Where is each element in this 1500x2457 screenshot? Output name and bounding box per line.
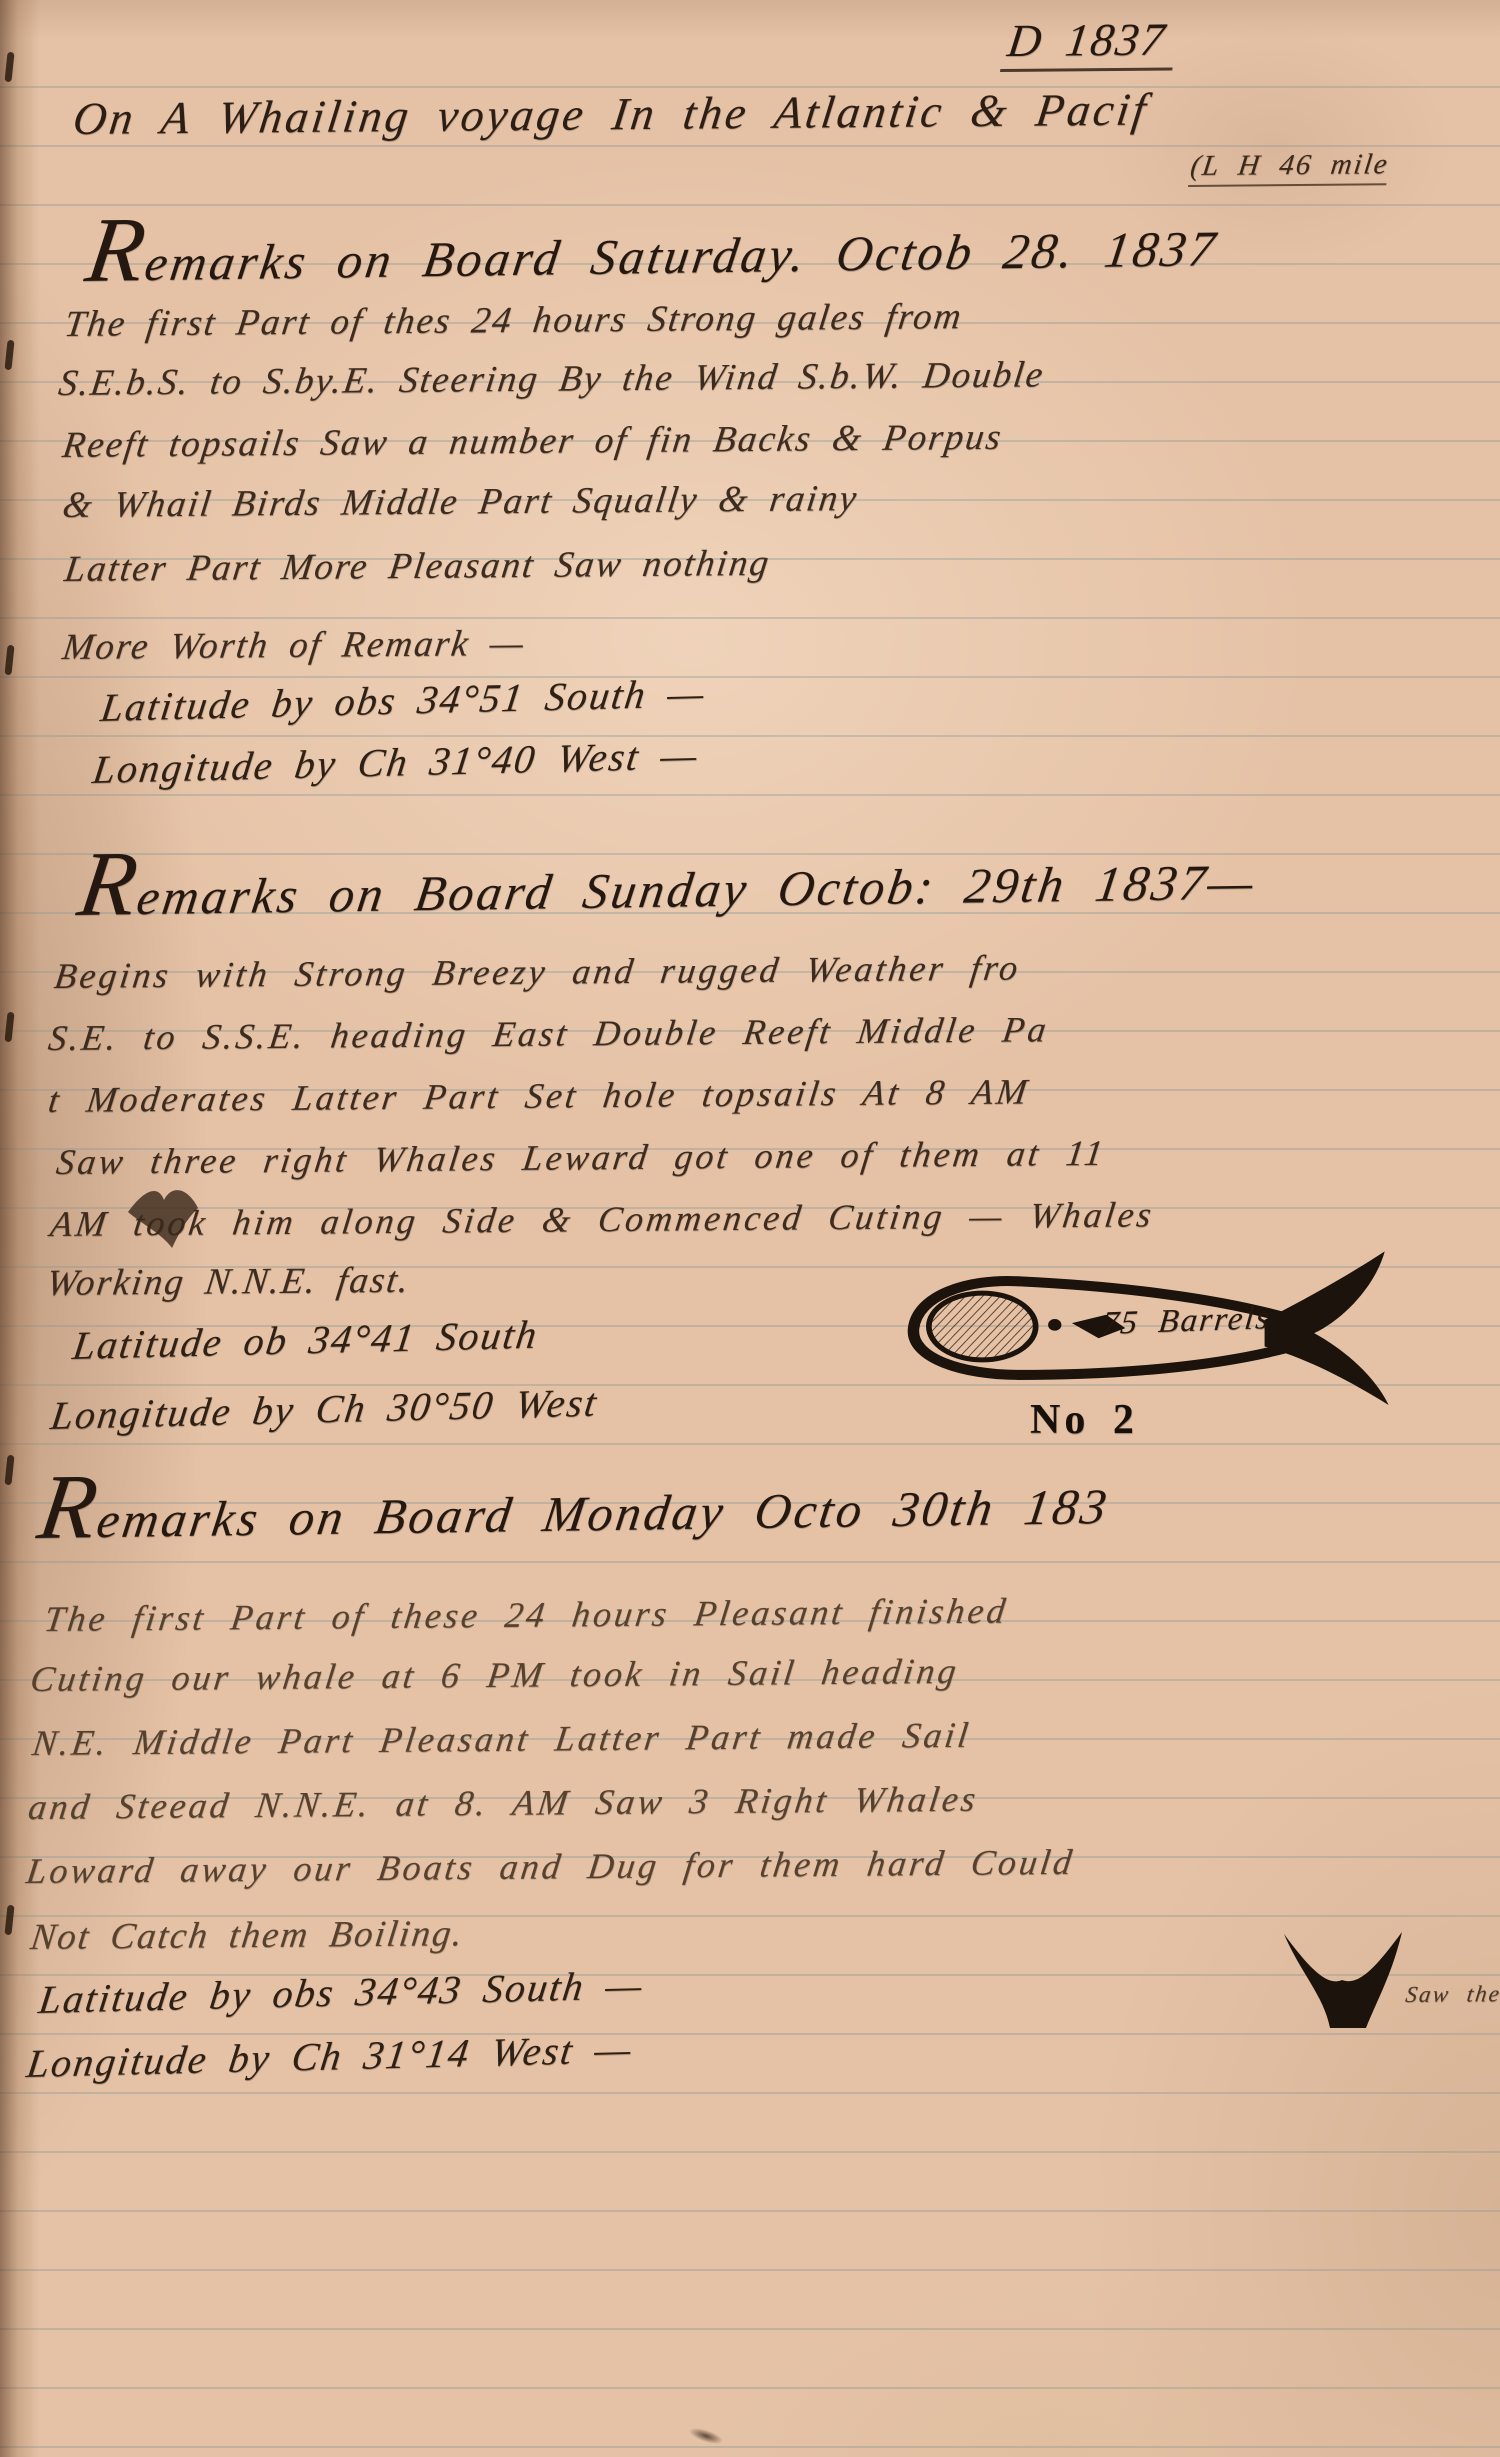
whale-barrels-label: 75 Barrels xyxy=(1100,1300,1273,1343)
log-line: Not Catch them Boiling. xyxy=(28,1912,467,1959)
log-line: t Moderates Latter Part Set hole topsail… xyxy=(46,1070,1032,1121)
year-mark: D 1837 xyxy=(1000,13,1180,72)
heading-note: (L H 46 mile xyxy=(1188,148,1391,187)
ink-smudge-icon xyxy=(122,1178,206,1252)
entry-title: Remarks on Board Saturday. Octob 28. 183… xyxy=(80,182,1227,304)
latitude-line: Latitude ob 34°41 South xyxy=(70,1311,541,1369)
log-line: N.E. Middle Part Pleasant Latter Part ma… xyxy=(30,1714,974,1764)
log-line: Cuting our whale at 6 PM took in Sail he… xyxy=(28,1650,962,1700)
log-line: & Whail Birds Middle Part Squally & rain… xyxy=(60,477,861,527)
whale-number-label: No 2 xyxy=(1030,1396,1138,1444)
log-line: S.E. to S.S.E. heading East Double Reeft… xyxy=(46,1008,1052,1059)
log-line: AM took him along Side & Commenced Cutin… xyxy=(48,1193,1157,1245)
log-line: and Steead N.N.E. at 8. AM Saw 3 Right W… xyxy=(26,1778,981,1828)
log-line: S.E.b.S. to S.by.E. Steering By the Wind… xyxy=(56,353,1047,405)
ink-smudge-icon xyxy=(687,2425,725,2448)
logbook-page: D 1837 On A Whailing voyage In the Atlan… xyxy=(0,0,1500,2457)
entry-title: Remarks on Board Monday Octo 30th 183 xyxy=(32,1440,1119,1561)
log-line: The first Part of thes 24 hours Strong g… xyxy=(62,295,966,346)
longitude-line: Longitude by Ch 31°14 West — xyxy=(24,2025,636,2087)
latitude-line: Latitude by obs 34°51 South — xyxy=(98,669,709,731)
log-line: Latter Part More Pleasant Saw nothing xyxy=(62,542,773,591)
voyage-heading: On A Whailing voyage In the Atlantic & P… xyxy=(70,83,1152,145)
longitude-line: Longitude by Ch 30°50 West xyxy=(48,1379,601,1439)
log-line: More Worth of Remark — xyxy=(60,622,528,669)
log-line: Loward away our Boats and Dug for them h… xyxy=(24,1841,1077,1892)
fluke-note: Saw ther xyxy=(1404,1981,1500,2008)
log-line: Begins with Strong Breezy and rugged Wea… xyxy=(52,947,1023,997)
whale-fluke-icon xyxy=(1278,1928,1408,2033)
log-line: Saw three right Whales Leward got one of… xyxy=(54,1132,1108,1183)
log-line: Working N.N.E. fast. xyxy=(44,1259,413,1305)
latitude-line: Latitude by obs 34°43 South — xyxy=(36,1961,647,2023)
log-line: Reeft topsails Saw a number of fin Backs… xyxy=(60,416,1005,467)
longitude-line: Longitude by Ch 31°40 West — xyxy=(90,731,702,793)
log-line: The first Part of these 24 hours Pleasan… xyxy=(42,1590,1011,1640)
entry-title: Remarks on Board Sunday Octob: 29th 1837… xyxy=(72,816,1265,938)
